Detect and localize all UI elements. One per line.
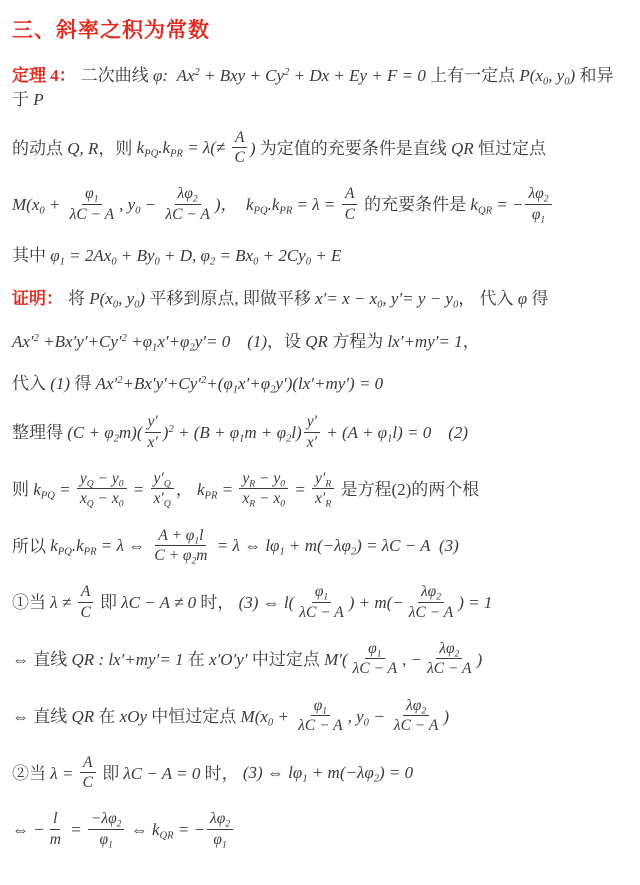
math-text: ) <box>443 707 449 726</box>
math-text: P <box>33 90 43 109</box>
fraction: yQ − y0xQ − x0 <box>77 470 127 508</box>
formula-line: 证明：将 P(x0, y0) 平移到原点, 即做平移 x′= x − x0, y… <box>12 287 626 311</box>
math-text: , y0 − <box>119 195 160 214</box>
math-text: (1) <box>50 374 74 393</box>
chinese-text: 平移到原点, 即做平移 <box>149 289 315 308</box>
math-text: )， kPQ.kPR = λ = <box>215 195 340 214</box>
chinese-text: 的充要条件是 <box>360 195 471 214</box>
formula-line: Ax′2 +Bx′y′+Cy′2 +φ1x′+φ2y′= 0 (1)，设 QR … <box>12 330 626 354</box>
chinese-text: ，设 <box>267 332 305 351</box>
formula-line: 代入 (1) 得 Ax′2+Bx′y′+Cy′2+(φ1x′+φ2y′)(lx′… <box>12 372 626 396</box>
math-text: ⇔ <box>12 707 33 726</box>
math-text: M(x0 + <box>12 195 65 214</box>
fraction: A + φ1lC + φ2m <box>151 527 210 565</box>
formula-line: ①当 λ ≠ AC 即 λC − A ≠ 0 时， (3) ⇔ l(φ1λC −… <box>12 585 626 623</box>
math-text: Ax′2+Bx′y′+Cy′2+(φ1x′+φ2y′)(lx′+my′) = 0 <box>96 374 384 393</box>
math-text: ⇔ kQR = − <box>126 820 205 839</box>
section-label: 定理 4： <box>12 66 76 85</box>
formula-line: 所以 kPQ.kPR = λ ⇔ A + φ1lC + φ2m = λ ⇔ lφ… <box>12 529 626 567</box>
math-text: Ax′2 +Bx′y′+Cy′2 +φ1x′+φ2y′= 0 (1) <box>12 332 267 351</box>
chinese-text: ， 代入 <box>458 289 518 308</box>
math-text: φ <box>518 289 532 308</box>
fraction: λφ2λC − A <box>424 640 474 678</box>
chinese-text: 整理得 <box>12 423 67 442</box>
formula-line: ⇔ −lm = −λφ2φ1 ⇔ kQR = −λφ2φ1 <box>12 812 626 850</box>
formula-line: 的动点 Q, R，则 kPQ.kPR = λ(≠ AC) 为定值的充要条件是直线… <box>12 131 626 169</box>
math-text: kPR = <box>197 480 237 499</box>
chinese-text: 为定值的充要条件是直线 <box>260 138 451 157</box>
chinese-text: 时， <box>205 763 243 782</box>
chinese-text: 中恒过定点 <box>151 707 240 726</box>
math-text: = λ ⇔ lφ1 + m(−λφ2) = λC − A (3) <box>212 536 458 555</box>
formula-line: ⇔ 直线 QR 在 xOy 中恒过定点 M(x0 + φ1λC − A, y0 … <box>12 699 626 737</box>
chinese-text: 时， <box>200 593 238 612</box>
math-text: QR <box>451 138 478 157</box>
document-body: 定理 4：二次曲线 φ: Ax2 + Bxy + Cy2 + Dx + Ey +… <box>12 64 626 850</box>
math-text: = <box>290 480 310 499</box>
math-text: xOy <box>120 707 152 726</box>
chinese-text: 中过定点 <box>252 650 324 669</box>
math-text: λC − A = 0 <box>123 763 204 782</box>
chinese-text: 恒过定点 <box>478 138 546 157</box>
fraction: AC <box>342 185 358 223</box>
math-text: QR <box>305 332 332 351</box>
chinese-text: 得 <box>531 289 548 308</box>
chinese-text: ①当 <box>12 593 50 612</box>
fraction: φ1λC − A <box>67 185 117 223</box>
math-text: , y0 − <box>348 707 389 726</box>
chinese-text: 将 <box>68 289 89 308</box>
math-text: (3) ⇔ lφ1 + m(−λφ2) = 0 <box>243 763 413 782</box>
fraction: y′x′ <box>304 413 320 451</box>
chinese-text: ②当 <box>12 763 50 782</box>
math-text: QR : lx′+my′= 1 <box>72 650 188 669</box>
fraction: AC <box>80 754 96 792</box>
fraction: φ1λC − A <box>296 583 346 621</box>
formula-line: 整理得 (C + φ2m)(y′x′)2 + (B + φ1m + φ2l)y′… <box>12 415 626 453</box>
math-text: kPQ.kPR = λ(≠ <box>137 138 230 157</box>
chinese-text: 即 <box>98 763 124 782</box>
formula-line: ②当 λ = AC 即 λC − A = 0 时， (3) ⇔ lφ1 + m(… <box>12 756 626 794</box>
math-text: M′( <box>324 650 348 669</box>
fraction: y′Qx′Q <box>151 470 174 508</box>
math-text: ) = 1 <box>458 593 492 612</box>
math-text: P(x0, y0) <box>89 289 149 308</box>
math-text: φ1 = 2Ax0 + By0 + D, φ2 = Bx0 + 2Cy0 + E <box>50 246 341 265</box>
formula-line: 其中 φ1 = 2Ax0 + By0 + D, φ2 = Bx0 + 2Cy0 … <box>12 244 626 268</box>
math-text: λC − A ≠ 0 <box>121 593 200 612</box>
math-text: = <box>129 480 149 499</box>
math-text: lx′+my′= 1 <box>387 332 462 351</box>
math-text: P(x0, y0) <box>519 66 579 85</box>
math-text: λ ≠ <box>50 593 75 612</box>
chinese-text: ，则 <box>98 138 136 157</box>
formula-line: 则 kPQ = yQ − y0xQ − x0 = y′Qx′Q， kPR = y… <box>12 472 626 510</box>
formula-line: ⇔ 直线 QR : lx′+my′= 1 在 x′O′y′ 中过定点 M′(φ1… <box>12 642 626 680</box>
chinese-text: 直线 <box>33 707 71 726</box>
fraction: λφ2λC − A <box>406 583 456 621</box>
fraction: AC <box>232 129 248 167</box>
fraction: y′Rx′R <box>312 470 334 508</box>
fraction: λφ2φ1 <box>525 185 551 223</box>
math-text: kQR = − <box>470 195 523 214</box>
chinese-text: 方程为 <box>332 332 387 351</box>
chinese-text: 得 <box>74 374 95 393</box>
fraction: AC <box>77 583 93 621</box>
fraction: yR − y0xR − x0 <box>239 470 288 508</box>
section-label: 证明： <box>12 289 63 308</box>
chinese-text: 则 <box>12 480 33 499</box>
math-text: ) <box>250 138 260 157</box>
math-text: φ: Ax2 + Bxy + Cy2 + Dx + Ey + F = 0 <box>153 66 430 85</box>
math-text: ) + m(− <box>349 593 404 612</box>
math-text: Q, R <box>67 138 98 157</box>
math-text: ⇔ − <box>12 820 45 839</box>
fraction: φ1λC − A <box>295 697 345 735</box>
chinese-text: 上有一定点 <box>430 66 519 85</box>
chinese-text: 在 <box>98 707 119 726</box>
page-title: 三、斜率之积为常数 <box>12 14 626 44</box>
math-text: λ = <box>50 763 77 782</box>
chinese-text: 其中 <box>12 246 50 265</box>
fraction: λφ2λC − A <box>391 697 441 735</box>
fraction: −λφ2φ1 <box>88 810 125 848</box>
fraction: φ1λC − A <box>350 640 400 678</box>
fraction: lm <box>47 810 64 848</box>
math-text: QR <box>72 707 99 726</box>
math-text: (C + φ2m)( <box>67 423 142 442</box>
chinese-text: ， <box>176 480 197 499</box>
fraction: λφ2λC − A <box>162 185 212 223</box>
math-text: + (A + φ1l) = 0 (2) <box>322 423 468 442</box>
chinese-text: ， <box>463 332 480 351</box>
math-text: (3) ⇔ l( <box>239 593 295 612</box>
chinese-text: 所以 <box>12 536 50 555</box>
math-text: x′O′y′ <box>209 650 252 669</box>
math-text: , − <box>402 650 422 669</box>
chinese-text: 二次曲线 <box>81 66 153 85</box>
chinese-text: 在 <box>188 650 209 669</box>
math-text: kPQ = <box>33 480 75 499</box>
fraction: λφ2φ1 <box>207 810 233 848</box>
chinese-text: 即 <box>96 593 122 612</box>
fraction: y′x′ <box>145 413 161 451</box>
chinese-text: 的动点 <box>12 138 67 157</box>
formula-line: 定理 4：二次曲线 φ: Ax2 + Bxy + Cy2 + Dx + Ey +… <box>12 64 626 112</box>
math-text: )2 + (B + φ1m + φ2l) <box>163 423 302 442</box>
math-text: M(x0 + <box>241 707 294 726</box>
chinese-text: 是方程(2)的两个根 <box>336 480 479 499</box>
math-text: x′= x − x0, y′= y − y0 <box>315 289 458 308</box>
chinese-text: 代入 <box>12 374 50 393</box>
math-text: kPQ.kPR = λ ⇔ <box>50 536 149 555</box>
math-text: ⇔ <box>12 650 33 669</box>
math-text: = <box>66 820 86 839</box>
math-text: ) <box>477 650 483 669</box>
chinese-text: 直线 <box>33 650 71 669</box>
formula-line: M(x0 + φ1λC − A, y0 − λφ2λC − A)， kPQ.kP… <box>12 187 626 225</box>
